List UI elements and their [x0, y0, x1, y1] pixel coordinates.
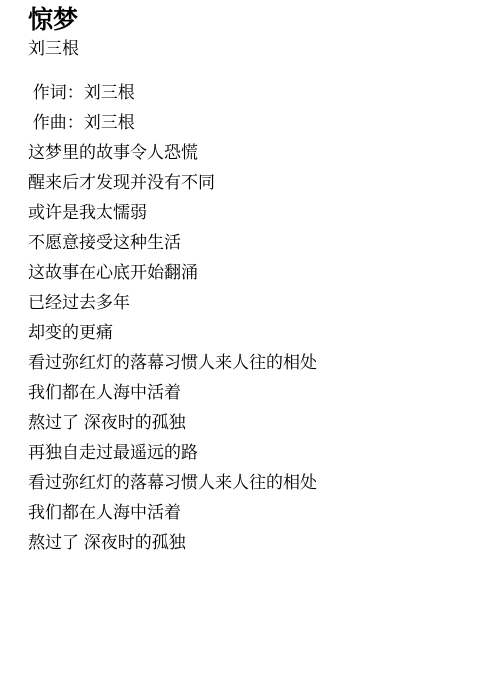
lyric-line: 这梦里的故事令人恐慌 — [28, 138, 480, 168]
lyric-line: 却变的更痛 — [28, 318, 480, 348]
lyric-line: 我们都在人海中活着 — [28, 498, 480, 528]
lyric-line: 不愿意接受这种生活 — [28, 228, 480, 258]
lyric-line: 熬过了 深夜时的孤独 — [28, 528, 480, 558]
lyric-line: 作曲：刘三根 — [28, 108, 480, 138]
lyrics-block: 作词：刘三根 作曲：刘三根这梦里的故事令人恐慌醒来后才发现并没有不同或许是我太懦… — [28, 78, 480, 558]
lyric-line: 熬过了 深夜时的孤独 — [28, 408, 480, 438]
song-title: 惊梦 — [28, 4, 480, 37]
lyric-line: 醒来后才发现并没有不同 — [28, 168, 480, 198]
artist-name: 刘三根 — [28, 37, 480, 61]
lyric-line: 或许是我太懦弱 — [28, 198, 480, 228]
lyric-line: 看过弥红灯的落幕习惯人来人往的相处 — [28, 468, 480, 498]
lyric-line: 看过弥红灯的落幕习惯人来人往的相处 — [28, 348, 480, 378]
lyric-line: 作词：刘三根 — [28, 78, 480, 108]
lyric-line: 这故事在心底开始翻涌 — [28, 258, 480, 288]
lyric-line: 再独自走过最遥远的路 — [28, 438, 480, 468]
lyric-line: 我们都在人海中活着 — [28, 378, 480, 408]
lyrics-page: 惊梦 刘三根 作词：刘三根 作曲：刘三根这梦里的故事令人恐慌醒来后才发现并没有不… — [0, 0, 500, 558]
lyric-line: 已经过去多年 — [28, 288, 480, 318]
